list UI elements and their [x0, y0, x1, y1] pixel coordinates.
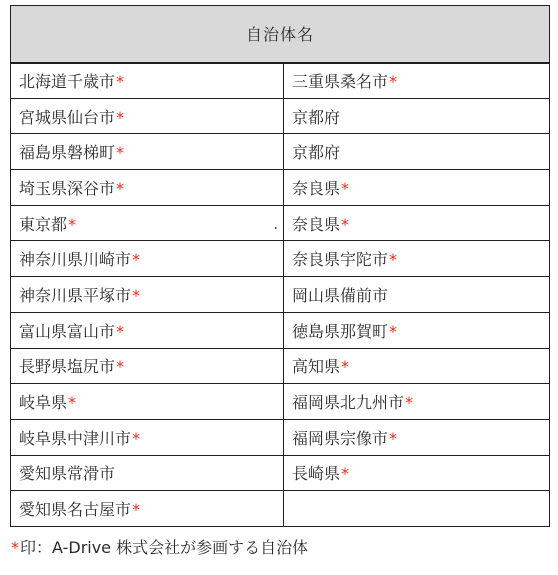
participation-star: * — [388, 429, 397, 448]
participation-star: * — [67, 215, 76, 234]
page: 自治体名 北海道千歳市* 三重県桑名市* 宮城県仙台市* 京都府 福島県磐梯町*… — [0, 0, 558, 575]
cell-left: 東京都*. — [11, 205, 284, 241]
participation-star: * — [131, 286, 140, 305]
municipality-name: 長崎県 — [292, 464, 340, 483]
table-row: 愛知県常滑市 長崎県* — [11, 455, 550, 491]
cell-left: 神奈川県川崎市* — [11, 241, 284, 277]
cell-left: 長野県塩尻市* — [11, 348, 284, 384]
table-row: 神奈川県平塚市* 岡山県備前市 — [11, 277, 550, 313]
participation-star: * — [388, 250, 397, 269]
table-header-municipality-name: 自治体名 — [11, 6, 550, 63]
cell-right: 奈良県宇陀市* — [284, 241, 550, 277]
municipality-name: 奈良県宇陀市 — [292, 250, 388, 269]
cell-left: 宮城県仙台市* — [11, 98, 284, 134]
table-row: 東京都*. 奈良県* — [11, 205, 550, 241]
participation-star: * — [115, 108, 124, 127]
municipality-name: 奈良県 — [292, 215, 340, 234]
participation-star: * — [131, 250, 140, 269]
cell-left: 富山県富山市* — [11, 312, 284, 348]
municipality-name: 神奈川県平塚市 — [19, 286, 131, 305]
municipality-name: 神奈川県川崎市 — [19, 250, 131, 269]
cell-right: 福岡県宗像市* — [284, 419, 550, 455]
cell-left: 神奈川県平塚市* — [11, 277, 284, 313]
municipality-name: 京都府 — [292, 108, 340, 127]
municipality-name: 岐阜県中津川市 — [19, 429, 131, 448]
municipality-name: 埼玉県深谷市 — [19, 179, 115, 198]
participation-star: * — [388, 72, 397, 91]
cell-right: 福岡県北九州市* — [284, 384, 550, 420]
cell-right: 奈良県* — [284, 205, 550, 241]
footnote-star: * — [11, 538, 20, 557]
municipality-name: 福岡県北九州市 — [292, 393, 404, 412]
municipality-name: 徳島県那賀町 — [292, 322, 388, 341]
municipality-name: 愛知県名古屋市 — [19, 500, 131, 519]
participation-star: * — [115, 143, 124, 162]
participation-star: * — [340, 179, 349, 198]
municipality-name: 東京都 — [19, 215, 67, 234]
municipality-name: 北海道千歳市 — [19, 72, 115, 91]
cell-left: 福島県磐梯町* — [11, 134, 284, 170]
municipality-name: 愛知県常滑市 — [19, 464, 115, 483]
municipality-table: 自治体名 北海道千歳市* 三重県桑名市* 宮城県仙台市* 京都府 福島県磐梯町*… — [10, 5, 550, 527]
cell-right: 徳島県那賀町* — [284, 312, 550, 348]
cell-right: 京都府 — [284, 98, 550, 134]
participation-star: * — [115, 357, 124, 376]
footnote-text: 印：A-Drive 株式会社が参画する自治体 — [20, 538, 308, 557]
municipality-name: 富山県富山市 — [19, 322, 115, 341]
municipality-name: 奈良県 — [292, 179, 340, 198]
table-row: 長野県塩尻市* 高知県* — [11, 348, 550, 384]
table-row: 富山県富山市* 徳島県那賀町* — [11, 312, 550, 348]
participation-star — [340, 143, 341, 162]
cell-right: 京都府 — [284, 134, 550, 170]
table-row: 福島県磐梯町* 京都府 — [11, 134, 550, 170]
cell-left: 岐阜県中津川市* — [11, 419, 284, 455]
municipality-name: 宮城県仙台市 — [19, 108, 115, 127]
participation-star — [340, 108, 341, 127]
municipality-name: 岡山県備前市 — [292, 286, 388, 305]
participation-star: * — [131, 429, 140, 448]
participation-star: * — [388, 322, 397, 341]
cell-right: 奈良県* — [284, 170, 550, 206]
municipality-name: 三重県桑名市 — [292, 72, 388, 91]
participation-star: * — [340, 357, 349, 376]
participation-star: * — [340, 464, 349, 483]
municipality-name: 福島県磐梯町 — [19, 143, 115, 162]
stray-dot: . — [274, 217, 278, 233]
cell-right: 岡山県備前市 — [284, 277, 550, 313]
table-row: 埼玉県深谷市* 奈良県* — [11, 170, 550, 206]
table-row: 岐阜県* 福岡県北九州市* — [11, 384, 550, 420]
cell-right: 高知県* — [284, 348, 550, 384]
cell-right: 長崎県* — [284, 455, 550, 491]
participation-star — [388, 286, 389, 305]
table-row: 愛知県名古屋市* — [11, 491, 550, 527]
cell-left: 埼玉県深谷市* — [11, 170, 284, 206]
participation-star: * — [115, 72, 124, 91]
participation-star: * — [115, 322, 124, 341]
footnote: *印：A-Drive 株式会社が参画する自治体 — [10, 535, 549, 558]
participation-star: * — [404, 393, 413, 412]
cell-right — [284, 491, 550, 527]
participation-star — [115, 464, 116, 483]
municipality-name: 長野県塩尻市 — [19, 357, 115, 376]
table-row: 岐阜県中津川市* 福岡県宗像市* — [11, 419, 550, 455]
cell-left: 愛知県常滑市 — [11, 455, 284, 491]
participation-star: * — [131, 500, 140, 519]
table-row: 宮城県仙台市* 京都府 — [11, 98, 550, 134]
municipality-name: 京都府 — [292, 143, 340, 162]
cell-left: 岐阜県* — [11, 384, 284, 420]
municipality-name: 福岡県宗像市 — [292, 429, 388, 448]
municipality-name: 高知県 — [292, 357, 340, 376]
municipality-name: 岐阜県 — [19, 393, 67, 412]
participation-star: * — [67, 393, 76, 412]
participation-star: * — [115, 179, 124, 198]
participation-star — [292, 499, 293, 518]
cell-left: 北海道千歳市* — [11, 63, 284, 99]
table-row: 神奈川県川崎市* 奈良県宇陀市* — [11, 241, 550, 277]
cell-left: 愛知県名古屋市* — [11, 491, 284, 527]
table-row: 北海道千歳市* 三重県桑名市* — [11, 63, 550, 99]
cell-right: 三重県桑名市* — [284, 63, 550, 99]
participation-star: * — [340, 215, 349, 234]
header-row: 自治体名 — [11, 6, 550, 63]
